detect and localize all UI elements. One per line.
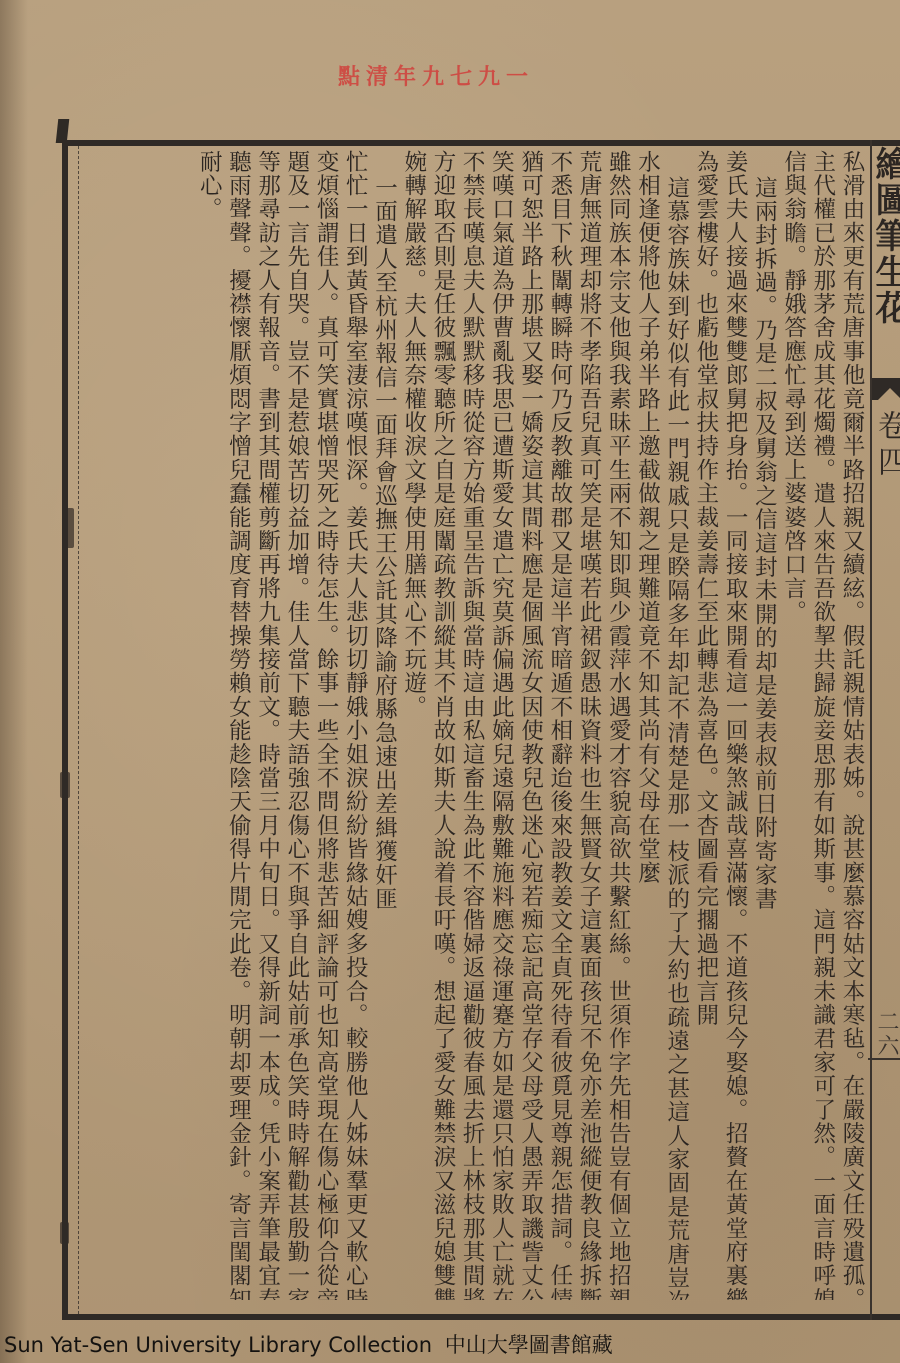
text-column-indented: 這慕容族妹到好似有此一門親戚只是睽隔多年却記不清楚是那一枝派的了大約也疏遠之甚這…: [662, 150, 691, 1300]
page-edge-shadow: [0, 0, 28, 1363]
text-column: 耐心。: [195, 150, 224, 1300]
text-column: 雖然同族本宗支他與我素昧平生兩不知即與少霞萍水遇愛才容貌高欲共繫紅絲。世須作字先…: [604, 150, 633, 1300]
caption-chinese: 中山大學圖書館藏: [445, 1333, 613, 1357]
text-column: 方迎取否則是任彼飄零聽所之自是庭闈疏教訓縱其不肖故如斯夫人說着長吁嘆。想起了愛女…: [429, 150, 458, 1300]
text-column: 笑嘆口氣道為伊曹亂我思已遭斯愛女遣亡究莫訴偏遇此嫡兒遠隔敷難施料應交祿運蹇方如是…: [487, 150, 516, 1300]
text-column: 主代權已於那茅舍成其花燭禮。遣人來告吾欲挈共歸旋妾思那有如斯事。這門親未識君家可…: [809, 150, 838, 1300]
text-column: 等那尋訪之人有報音。書到其間權剪斷再將九集接前文。時當三月中旬日。又得新詞一本成…: [253, 150, 282, 1300]
text-column: 变煩惱謂佳人。真可笑實堪憎哭死之時待怎生。餘事一些全不問但將悲苦細評論可也知高堂…: [312, 150, 341, 1300]
volume-label: 卷四: [874, 410, 900, 482]
text-column: 猶可恕半路上那堪又娶一嬌姿這其間料應是個風流女因使教兒色迷心宛若痴忘記高堂存父母…: [516, 150, 545, 1300]
text-column: 不悉目下秋闈轉瞬時何乃反教離故郡又是這半宵暗遁不相辭迨後來設教姜文全貞死待看彼覓…: [546, 150, 575, 1300]
text-column: 為愛雲樓好。也虧他堂叔扶持作主裁姜壽仁至此轉悲為喜色。文杏圖看完擱過把言開: [692, 150, 721, 1300]
red-inventory-stamp: 一九七九年清點: [338, 60, 558, 90]
text-column: 姜氏夫人接過來雙雙郎舅把身抬。一同接取來開看這一回樂煞誠哉喜滿懷。不道孩兒今娶媳…: [721, 150, 750, 1300]
text-column: 婉轉解嚴慈。夫人無奈權收淚文學使用膳無心不玩遊。: [400, 150, 429, 1300]
body-text-block: 私滑由來更有荒唐事他竟爾半路招親又續絃。假託親情姑表姊。說甚麼慕容姑文本寒毡。在…: [195, 150, 867, 1300]
caption-english: Sun Yat-Sen University Library Collectio…: [4, 1333, 432, 1357]
text-column: 私滑由來更有荒唐事他竟爾半路招親又續絃。假託親情姑表姊。說甚麼慕容姑文本寒毡。在…: [838, 150, 867, 1300]
text-column: 荒唐無道理却將不孝陷吾兒真可笑是堪嘆若此裙釵愚昧資料也生無賢女子這裏面孩兒不免亦…: [575, 150, 604, 1300]
collection-caption: Sun Yat-Sen University Library Collectio…: [0, 1332, 900, 1363]
text-column: 題及一言先自哭。豈不是惹娘苦切益加增。佳人當下聽夫語強忍傷心不與爭自此姑前承色笑…: [283, 150, 312, 1300]
text-column-indented: 一面遣人至杭州報信一面拜會巡撫王公託其降諭府縣急速出差緝獲奸匪: [370, 150, 399, 1300]
page-number-rule: [868, 1058, 900, 1060]
book-title: 繪圖筆生花: [874, 146, 900, 326]
fishtail-mark-icon: [872, 378, 900, 400]
text-column: 不禁長嘆息夫人默默移時從容方始重呈告訴與當時這由私這畜生為此不容偕婦返逼勸彼春風…: [458, 150, 487, 1300]
text-column: 忙忙一日到黃昏舉室淒涼嘆恨深。姜氏夫人悲切切靜娥小姐淚紛紛皆緣姑嫂多投合。較勝他…: [341, 150, 370, 1300]
text-column: 水相逢便將他人子弟半路上邀截做親之理難道竟不知其尚有父母在堂麼: [633, 150, 662, 1300]
page-number: 二六: [876, 1010, 900, 1058]
text-column: 聽雨聲聲。擾襟懷厭煩悶字憎兒蠢能調度育替操勞賴女能趁陰天偷得片閒完此卷。明朝却要…: [224, 150, 253, 1300]
text-column-indented: 這兩封拆過。乃是二叔及舅翁之信這封未開的却是姜表叔前日附寄家書: [750, 150, 779, 1300]
inner-border-rule: [78, 146, 79, 1314]
text-column: 信與翁瞻。靜娥答應忙尋到送上婆婆啓口言。: [779, 150, 808, 1300]
